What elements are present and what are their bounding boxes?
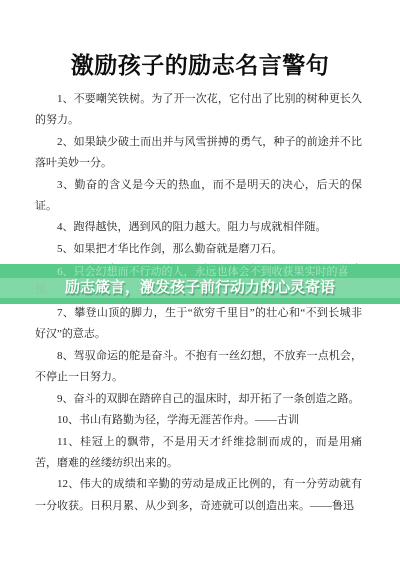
quote-paragraph: 8、驾驭命运的舵是奋斗。不抱有一丝幻想，不放弃一点机会，不停止一日努力。: [35, 346, 362, 389]
promo-banner: 6、只会幻想而不行动的人，永远也体会不到收获果实时的喜 悦。 励志箴言，激发孩子…: [0, 264, 400, 304]
quote-paragraph: 9、奋斗的双脚在踏碎自己的温床时，却开拓了一条创造之路。: [35, 389, 362, 410]
quote-paragraph: 7、攀登山顶的脚力，生于“欲穷千里目”的壮心和“不到长城非好汉”的意志。: [35, 303, 362, 346]
document-page: 激励孩子的励志名言警句 1、不要嘲笑铁树。为了开一次花，它付出了比别的树种更长久…: [0, 0, 400, 566]
quote-paragraph: 3、勤奋的含义是今天的热血，而不是明天的决心，后天的保证。: [35, 175, 362, 218]
banner-title: 励志箴言，激发孩子前行动力的心灵寄语: [0, 276, 400, 297]
quote-paragraph: 5、如果把才华比作剑，那么勤奋就是磨刀石。: [35, 239, 362, 260]
quote-paragraph: 2、如果缺少破土而出并与风雪拼搏的勇气，种子的前途并不比落叶美妙一分。: [35, 132, 362, 175]
quote-paragraph: 11、桂冠上的飘带，不是用天才纤维捻制而成的，而是用痛苦，磨难的丝缕纺织出来的。: [35, 432, 362, 475]
quote-paragraph: 1、不要嘲笑铁树。为了开一次花，它付出了比别的树种更长久的努力。: [35, 89, 362, 132]
page-title: 激励孩子的励志名言警句: [0, 0, 400, 80]
quote-paragraph: 12、伟大的成绩和辛勤的劳动是成正比例的，有一分劳动就有一分收获。日积月累、从少…: [35, 474, 362, 517]
quote-paragraph: 10、书山有路勤为径，学海无涯苦作舟。——古训: [35, 410, 362, 431]
quote-paragraph: 4、跑得越快，遇到风的阻力越大。阻力与成就相伴随。: [35, 217, 362, 238]
